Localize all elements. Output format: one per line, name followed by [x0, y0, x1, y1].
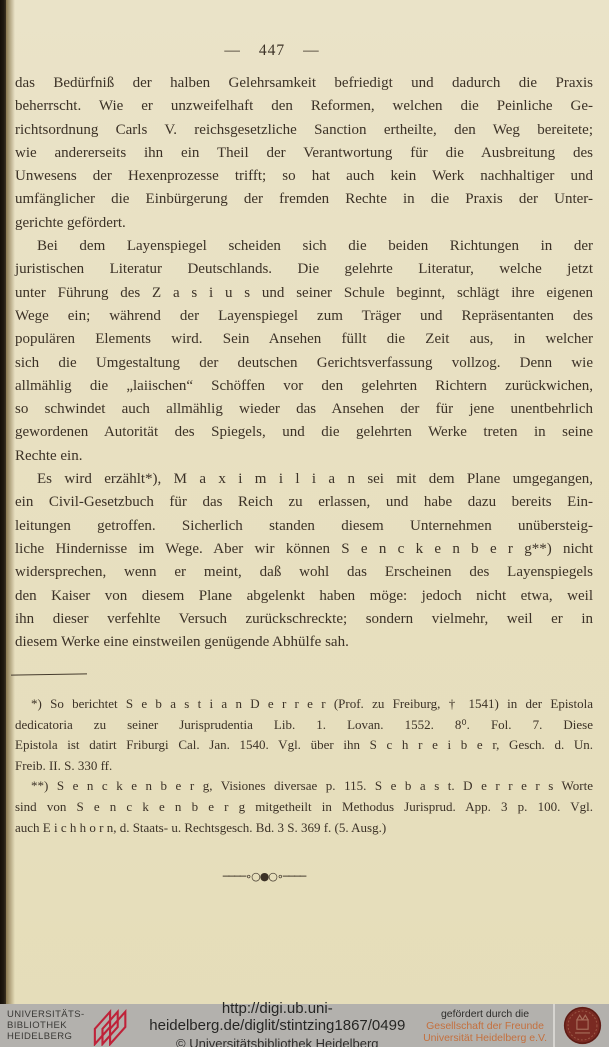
footnote-line: auch E i c h h o r n, d. Staats- u. Rech…	[15, 818, 593, 839]
ub-book-logo-icon	[90, 1006, 134, 1046]
text-line: das Bedürfniß der halben Gelehrsamkeit b…	[15, 72, 593, 95]
university-seal-icon	[562, 1005, 603, 1046]
text-line: leitungen getroffen. Sicherlich standen …	[15, 515, 593, 538]
text-line: populären Elements wird. Sein Ansehen fü…	[15, 328, 593, 351]
text-line: richtsordnung Carls V. reichsgesetzliche…	[15, 119, 593, 142]
library-block: UNIVERSITÄTS- BIBLIOTHEK HEIDELBERG	[0, 1006, 134, 1046]
library-name-line2: BIBLIOTHEK	[7, 1020, 85, 1031]
footnote-line: *) So berichtet S e b a s t i a n D e r …	[15, 694, 593, 715]
seal-block	[562, 1005, 603, 1046]
body-text: das Bedürfniß der halben Gelehrsamkeit b…	[15, 72, 593, 654]
library-name-line1: UNIVERSITÄTS-	[7, 1009, 85, 1020]
text-line: Wege ein; während der Layenspiegel zum T…	[15, 305, 593, 328]
text-line: so schwindet auch allmählig wieder das A…	[15, 398, 593, 421]
footnote-separator	[11, 673, 87, 675]
book-edge-gradient	[6, 0, 15, 1004]
footer-center: http://digi.ub.uni-heidelberg.de/diglit/…	[134, 1000, 422, 1047]
end-ornament: ────∘○●○∘────	[0, 870, 553, 883]
footnote-line: dedicatoria zu seiner Jurisprudentia Lib…	[15, 715, 593, 736]
library-name: UNIVERSITÄTS- BIBLIOTHEK HEIDELBERG	[7, 1009, 85, 1042]
text-line: Bei dem Layenspiegel scheiden sich die b…	[15, 235, 593, 258]
header-left-dash: —	[224, 42, 241, 59]
viewer-footer: UNIVERSITÄTS- BIBLIOTHEK HEIDELBERG http…	[0, 1004, 609, 1047]
text-line: Es wird erzählt*), M a x i m i l i a n s…	[15, 468, 593, 491]
text-line: liche Hindernisse im Wege. Aber wir könn…	[15, 538, 593, 561]
footnote-line: sind von S e n c k e n b e r g mitgethei…	[15, 797, 593, 818]
text-line: gerichte gefördert.	[15, 212, 593, 235]
text-line: widersprechen, wenn er meint, daß wohl d…	[15, 561, 593, 584]
funding-line3: Universität Heidelberg e.V.	[423, 1032, 547, 1044]
page-number: 447	[259, 42, 285, 59]
footnotes: *) So berichtet S e b a s t i a n D e r …	[15, 694, 593, 838]
text-line: ein Civil-Gesetzbuch für das Reich zu er…	[15, 491, 593, 514]
text-line: Rechte ein.	[15, 445, 593, 468]
text-line: gewordenen Autorität des Spiegels, und d…	[15, 421, 593, 444]
footnote-line: Epistola ist datirt Friburgi Cal. Jan. 1…	[15, 735, 593, 756]
library-name-line3: HEIDELBERG	[7, 1031, 85, 1042]
text-line: juristischen Literatur Deutschlands. Die…	[15, 258, 593, 281]
scan-url: http://digi.ub.uni-heidelberg.de/diglit/…	[134, 1000, 422, 1034]
funding-line1: gefördert durch die	[423, 1008, 547, 1020]
footer-divider	[553, 1004, 555, 1047]
header-right-dash: —	[303, 42, 320, 59]
text-line: den Kaiser von diesem Plane abgelenkt ha…	[15, 585, 593, 608]
text-line: ihn dieser verfehlte Versuch zurückschre…	[15, 608, 593, 631]
copyright-line: © Universitätsbibliothek Heidelberg	[134, 1036, 422, 1047]
page-number-header: —447—	[0, 42, 561, 60]
funding-credit: gefördert durch die Gesellschaft der Fre…	[421, 1008, 553, 1044]
text-line: allmählig die „laiischen“ Schöffen vor d…	[15, 375, 593, 398]
text-line: unter Führung des Z a s i u s und seiner…	[15, 282, 593, 305]
scanned-page: —447— das Bedürfniß der halben Gelehrsam…	[0, 0, 609, 1047]
text-line: beherrscht. Wie er unzweifelhaft den Ref…	[15, 95, 593, 118]
text-line: diesem Werke eine einstweilen genügende …	[15, 631, 593, 654]
funding-line2: Gesellschaft der Freunde	[423, 1020, 547, 1032]
text-line: umfänglicher die Einbürgerung der fremde…	[15, 188, 593, 211]
text-line: sich die Umgestaltung der deutschen Geri…	[15, 352, 593, 375]
footnote-line: **) S e n c k e n b e r g, Visiones dive…	[15, 776, 593, 797]
text-line: wie andererseits ihn ein Theil der Veran…	[15, 142, 593, 165]
footnote-line: Freib. II. S. 330 ff.	[15, 756, 593, 777]
text-line: Unwesens der Hexenprozesse trifft; so ha…	[15, 165, 593, 188]
